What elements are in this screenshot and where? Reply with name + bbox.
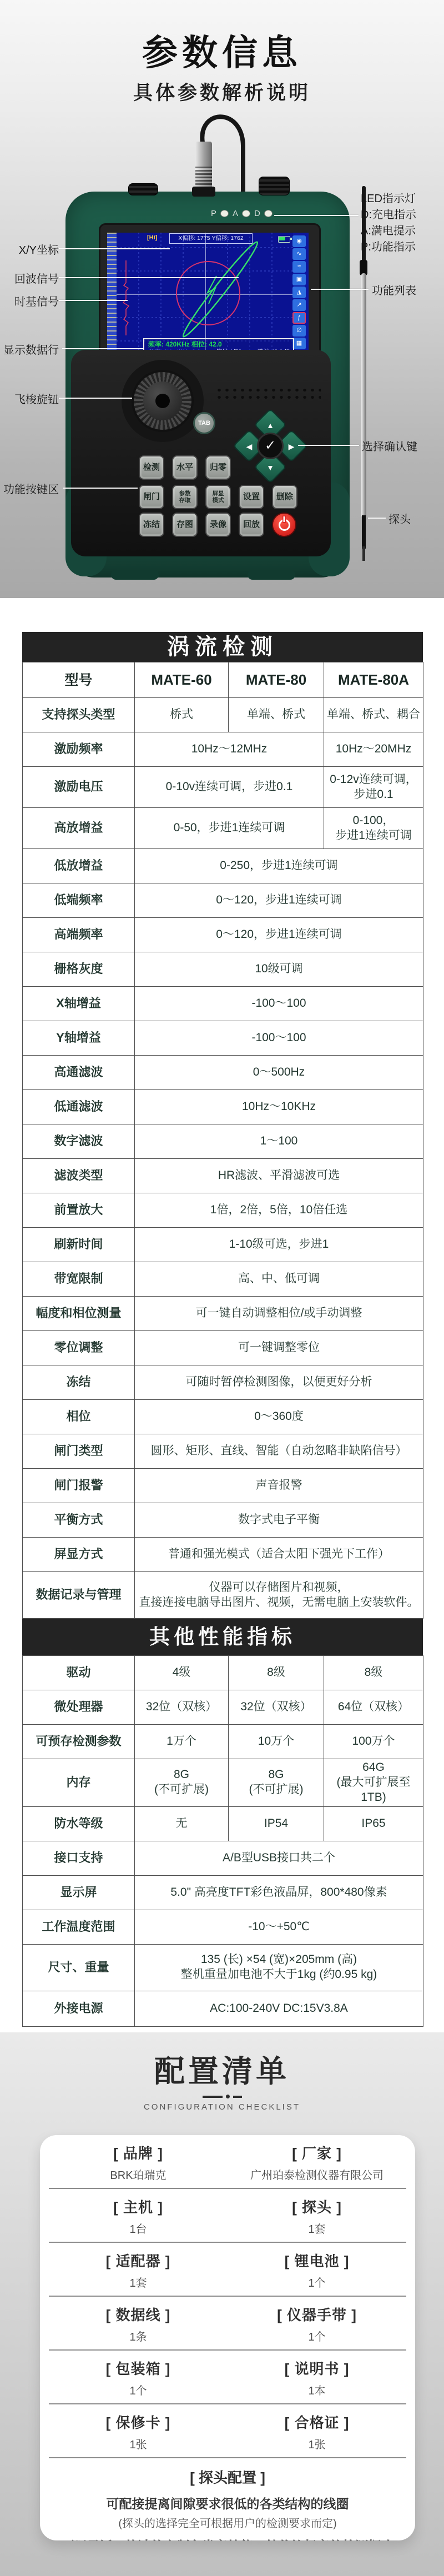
config-item-value: 1张: [49, 2436, 228, 2452]
spec-row: 外接电源AC:100-240V DC:15V3.8A: [23, 1991, 423, 2026]
spec-label: 接口支持: [23, 1841, 135, 1875]
spec-row: 可预存检测参数1万个10万个100万个: [23, 1725, 423, 1759]
spec-row: 冻结可随时暂停检测图像，以便更好分析: [23, 1365, 423, 1400]
device-key: 存图: [172, 513, 198, 537]
spec-row: 型号MATE-60MATE-80MATE-80A: [23, 662, 423, 698]
spec-row: 平衡方式数字式电子平衡: [23, 1503, 423, 1538]
config-item: [ 数据线 ]1条: [49, 2304, 228, 2344]
device-key: 屏显 模式: [205, 485, 231, 509]
device-key: 回放: [239, 513, 264, 537]
arrow-down-icon: ▼: [260, 456, 281, 478]
device-screen: [Hi] X偏移: 1775 Y偏移: 1762 ◉∿≈▣◮↗ƒ∅▦ 频率: 4…: [107, 233, 309, 356]
battery-icon: [278, 236, 290, 243]
spec-row: 低通滤波10Hz～10KHz: [23, 1090, 423, 1124]
arrow-right-icon: ▶: [281, 435, 302, 456]
spec-row: 激励电压0-10v连续可调，步进0.10-12v连续可调，步进0.1: [23, 767, 423, 808]
spec-row: 显示屏5.0" 高亮度TFT彩色液晶屏，800*480像素: [23, 1875, 423, 1910]
spec-value: 0-100，步进1连续可调: [324, 808, 423, 849]
spec-label: Y轴增益: [23, 1021, 135, 1056]
callout-line-datarow: [62, 348, 144, 349]
spec-row: 高端频率0～120，步进1连续可调: [23, 918, 423, 952]
config-row: [ 数据线 ]1条[ 仪器手带 ]1个: [49, 2297, 406, 2351]
callout-line-echo: [59, 277, 239, 278]
spec-value: 0～120，步进1连续可调: [135, 918, 423, 952]
spec-value: 0～500Hz: [135, 1056, 423, 1090]
spec-table-wrap: 涡流检测 型号MATE-60MATE-80MATE-80A支持探头类型桥式单端、…: [22, 632, 423, 2027]
callout-line-timebase: [59, 300, 128, 301]
spec-row: 激励频率10Hz～12MHz10Hz～20MHz: [23, 732, 423, 767]
spec-value: 声音报警: [135, 1469, 423, 1503]
spec-label: 高放增益: [23, 808, 135, 849]
led-label-p: P: [211, 209, 216, 218]
spec-value: 单端、桥式: [229, 698, 324, 732]
config-item: [ 包装箱 ]1个: [49, 2358, 228, 2398]
config-item-label: [ 适配器 ]: [49, 2250, 228, 2271]
config-title: 配置清单: [0, 2047, 444, 2091]
spec-value: 1倍，2倍，5倍，10倍任选: [135, 1193, 423, 1228]
spec-value: AC:100-240V DC:15V3.8A: [135, 1991, 423, 2026]
power-icon: [279, 519, 290, 531]
spec-value: 0-250，步进1连续可调: [135, 849, 423, 883]
callout-line-keys: [63, 488, 138, 489]
screen-menu-icon: ≈: [292, 261, 306, 273]
spec-label: 闸门类型: [23, 1434, 135, 1469]
config-item: [ 主机 ]1台: [49, 2196, 228, 2236]
screen-menu-icon: ◉: [292, 235, 306, 247]
spec-value: 10级可调: [135, 952, 423, 987]
config-item: [ 说明书 ]1本: [228, 2358, 406, 2398]
config-row: [ 主机 ]1台[ 探头 ]1套: [49, 2189, 406, 2243]
keys-row-1: 检测水平归零: [139, 455, 231, 480]
spec-row: 驱动4级8级8级: [23, 1656, 423, 1690]
spec-value: 0-50，步进1连续可调: [135, 808, 324, 849]
spec-table-a: 型号MATE-60MATE-80MATE-80A支持探头类型桥式单端、桥式单端、…: [22, 662, 423, 1619]
callout-line-led: [274, 215, 359, 216]
spec-value: 10Hz～10KHz: [135, 1090, 423, 1124]
callout-line-menu: [311, 289, 369, 290]
callout-knob: 飞梭旋钮: [1, 390, 59, 406]
spec-value: 8G(不可扩展): [229, 1759, 324, 1807]
config-item: [ 品牌 ]BRK珀瑞克: [49, 2142, 228, 2182]
spec-label: 平衡方式: [23, 1503, 135, 1538]
spec-label: 尺寸、重量: [23, 1944, 135, 1991]
spec-value: 数字式电子平衡: [135, 1503, 423, 1538]
spec-row: 刷新时间1-10级可选，步进1: [23, 1228, 423, 1262]
screen-menu-icon: ▦: [292, 338, 306, 349]
probe-rod: [361, 273, 366, 518]
spec-section: 涡流检测 型号MATE-60MATE-80MATE-80A支持探头类型桥式单端、…: [0, 598, 444, 2032]
config-item-label: [ 主机 ]: [49, 2196, 228, 2217]
screen-menu-icon: ◮: [292, 287, 306, 298]
callout-led-4: P:功能指示: [361, 239, 416, 255]
spec-value: HR滤波、平滑滤波可选: [135, 1159, 423, 1193]
spec-row: 高放增益0-50，步进1连续可调0-100，步进1连续可调: [23, 808, 423, 849]
spec-label: 相位: [23, 1400, 135, 1434]
callout-led-1: LED指示灯: [361, 191, 416, 207]
probe-plug-knurl: [195, 167, 212, 189]
config-item-label: [ 合格证 ]: [228, 2412, 406, 2432]
config-section: 配置清单 CONFIGURATION CHECKLIST [ 品牌 ]BRK珀瑞…: [0, 2032, 444, 2576]
spec-value: 1-10级可选，步进1: [135, 1228, 423, 1262]
spec-value: 10万个: [229, 1725, 324, 1759]
spec-label: 刷新时间: [23, 1228, 135, 1262]
device-key: 归零: [205, 455, 231, 480]
config-subtitle: CONFIGURATION CHECKLIST: [0, 2102, 444, 2112]
spec-row: 内存8G(不可扩展)8G(不可扩展)64G(最大可扩展至1TB): [23, 1759, 423, 1807]
spec-row: Y轴增益-100～100: [23, 1021, 423, 1056]
spec-value: 桥式: [135, 698, 229, 732]
spec-value: 单端、桥式、耦合: [324, 698, 423, 732]
spec-value: 可随时暂停检测图像，以便更好分析: [135, 1365, 423, 1400]
spec-row: 屏显方式普通和强光模式（适合太阳下强光下工作）: [23, 1538, 423, 1572]
probe-config-line2: (探头的选择完全可根据用户的检测要求而定): [49, 2514, 406, 2530]
spec-value: 10Hz～12MHz: [135, 732, 324, 767]
spec-value: MATE-80: [229, 662, 324, 698]
spec-label: 激励频率: [23, 732, 135, 767]
spec-label: 数据记录与管理: [23, 1572, 135, 1619]
spec-value: 圆形、矩形、直线、智能（自动忽略非缺陷信号）: [135, 1434, 423, 1469]
screen-left-scale: [107, 233, 117, 356]
spec-value: 1万个: [135, 1725, 229, 1759]
spec-value: 32位（双核）: [229, 1690, 324, 1725]
spec-row: 工作温度范围-10～+50℃: [23, 1910, 423, 1944]
connector-cable: [0, 100, 444, 200]
config-item: [ 合格证 ]1张: [228, 2412, 406, 2452]
config-item: [ 探头 ]1套: [228, 2196, 406, 2236]
callout-probe: 探头: [389, 510, 411, 526]
spec-label: 前置放大: [23, 1193, 135, 1228]
spec-row: 微处理器32位（双核）32位（双核）64位（双核）: [23, 1690, 423, 1725]
config-item-label: [ 说明书 ]: [228, 2358, 406, 2378]
page-title: 参数信息: [0, 24, 444, 76]
led-p: [220, 210, 229, 217]
callout-confirm: 选择确认键: [362, 438, 417, 454]
power-key: [272, 513, 296, 537]
callout-led-block: LED指示灯 D:充电指示 A:满电提示 P:功能指示: [361, 191, 416, 255]
spec-row: 闸门类型圆形、矩形、直线、智能（自动忽略非缺陷信号）: [23, 1434, 423, 1469]
spec-label: 微处理器: [23, 1690, 135, 1725]
config-item: [ 适配器 ]1套: [49, 2250, 228, 2290]
spec-label: 闸门报警: [23, 1469, 135, 1503]
config-item-label: [ 保修卡 ]: [49, 2412, 228, 2432]
callout-datarow: 显示数据行: [1, 341, 59, 357]
spec-label: 幅度和相位测量: [23, 1297, 135, 1331]
spec-value: 0-10v连续可调，步进0.1: [135, 767, 324, 808]
spec-row: 相位0～360度: [23, 1400, 423, 1434]
config-item-label: [ 厂家 ]: [228, 2142, 406, 2163]
device-foot-right: [248, 570, 295, 580]
spec-value: 可一键调整零位: [135, 1331, 423, 1365]
spec-row: 数字滤波1～100: [23, 1124, 423, 1159]
spec-value: 64G(最大可扩展至1TB): [324, 1759, 423, 1807]
screen-menu-icon: ƒ: [292, 312, 306, 324]
config-item-value: BRK珀瑞克: [49, 2166, 228, 2182]
config-item-list: [ 品牌 ]BRK珀瑞克[ 厂家 ]广州珀泰检测仪器有限公司[ 主机 ]1台[ …: [40, 2135, 415, 2458]
spec-label: 型号: [23, 662, 135, 698]
device-key: 检测: [139, 455, 164, 480]
spec-row: 低放增益0-250，步进1连续可调: [23, 849, 423, 883]
spec-label: X轴增益: [23, 987, 135, 1021]
spec-row: 数据记录与管理仪器可以存储图片和视频，直接连接电脑导出图片、视频，无需电脑上安装…: [23, 1572, 423, 1619]
spec-section2-title: 其他性能指标: [22, 1619, 423, 1655]
callout-timebase: 时基信号: [1, 293, 59, 309]
spec-value: MATE-80A: [324, 662, 423, 698]
spec-label: 低通滤波: [23, 1090, 135, 1124]
config-item-label: [ 锂电池 ]: [228, 2250, 406, 2271]
spec-row: X轴增益-100～100: [23, 987, 423, 1021]
keys-row-2: 闸门参数 存取屏显 模式设置删除: [139, 485, 297, 509]
config-item: [ 厂家 ]广州珀泰检测仪器有限公司: [228, 2142, 406, 2182]
config-row: [ 适配器 ]1套[ 锂电池 ]1个: [49, 2243, 406, 2297]
probe-config-line1: 可配接提离间隙要求很低的各类结构的线圈: [49, 2494, 406, 2512]
spec-row: 防水等级无IP54IP65: [23, 1806, 423, 1841]
spec-label: 零位调整: [23, 1331, 135, 1365]
spec-value: 8级: [229, 1656, 324, 1690]
config-item-value: 1个: [49, 2382, 228, 2398]
spec-label: 带宽限制: [23, 1262, 135, 1297]
spec-value: 135 (长) ×54 (宽)×205mm (高)整机重量加电池不大于1kg (…: [135, 1944, 423, 1991]
screen-offset-readout: X偏移: 1775 Y偏移: 1762: [169, 233, 253, 244]
spec-label: 高端频率: [23, 918, 135, 952]
config-item-label: [ 数据线 ]: [49, 2304, 228, 2324]
config-item-value: 1张: [228, 2436, 406, 2452]
spec-label: 内存: [23, 1759, 135, 1807]
config-item-value: 广州珀泰检测仪器有限公司: [228, 2166, 406, 2182]
led-label-a: A: [233, 209, 238, 218]
led-label-d: D: [254, 209, 260, 218]
callout-line-confirm: [298, 445, 359, 446]
spec-value: 4级: [135, 1656, 229, 1690]
screen-menu-icon: ∿: [292, 248, 306, 260]
screen-menu-icon: ∅: [292, 325, 306, 337]
connector-cap-right: [259, 177, 290, 195]
spec-value: IP65: [324, 1806, 423, 1841]
probe-tip: [362, 515, 366, 549]
spec-value: 仪器可以存储图片和视频，直接连接电脑导出图片、视频，无需电脑上安装软件。: [135, 1572, 423, 1619]
device-foot-left: [111, 570, 159, 580]
spec-value: IP54: [229, 1806, 324, 1841]
callout-menu: 功能列表: [372, 282, 416, 298]
config-divider: [0, 2095, 444, 2098]
config-item-value: 1套: [49, 2274, 228, 2290]
spec-value: 8G(不可扩展): [135, 1759, 229, 1807]
config-item: [ 仪器手带 ]1个: [228, 2304, 406, 2344]
spec-value: A/B型USB接口共二个: [135, 1841, 423, 1875]
device-key: 参数 存取: [172, 485, 198, 509]
config-row: [ 保修卡 ]1张[ 合格证 ]1张: [49, 2404, 406, 2458]
screen-menu-icon: ▣: [292, 274, 306, 285]
spec-value: 100万个: [324, 1725, 423, 1759]
confirm-key: ✓: [257, 433, 284, 459]
device-key: 水平: [172, 455, 198, 480]
screen-menu-icon: ↗: [292, 299, 306, 311]
product-detail-page: 参数信息 具体参数解析说明 P A D: [0, 0, 444, 2576]
spec-label: 低端频率: [23, 883, 135, 918]
spec-row: 幅度和相位测量可一键自动调整相位/或手动调整: [23, 1297, 423, 1331]
spec-value: -100～100: [135, 987, 423, 1021]
config-item: [ 锂电池 ]1个: [228, 2250, 406, 2290]
spec-label: 激励电压: [23, 767, 135, 808]
callout-echo: 回波信号: [1, 270, 59, 286]
spec-label: 支持探头类型: [23, 698, 135, 732]
spec-label: 数字滤波: [23, 1124, 135, 1159]
callout-line-probe: [368, 518, 386, 519]
spec-table-title: 涡流检测: [22, 632, 423, 662]
spec-label: 可预存检测参数: [23, 1725, 135, 1759]
callout-led-3: A:满电提示: [361, 223, 416, 239]
config-item-value: 1条: [49, 2328, 228, 2344]
connector-cap-left: [128, 183, 158, 195]
config-item-value: 1套: [228, 2220, 406, 2236]
spec-row: 闸门报警声音报警: [23, 1469, 423, 1503]
spec-value: 0-12v连续可调，步进0.1: [324, 767, 423, 808]
device-key: 设置: [239, 485, 264, 509]
spec-row: 低端频率0～120，步进1连续可调: [23, 883, 423, 918]
spec-value: 10Hz～20MHz: [324, 732, 423, 767]
spec-label: 高通滤波: [23, 1056, 135, 1090]
spec-row: 前置放大1倍，2倍，5倍，10倍任选: [23, 1193, 423, 1228]
spec-value: 1～100: [135, 1124, 423, 1159]
speaker-grill: [215, 386, 321, 401]
spec-value: MATE-60: [135, 662, 229, 698]
jog-knob-hole: [155, 394, 170, 408]
probe-config-title: [ 探头配置 ]: [49, 2467, 406, 2487]
screen-menu-icons: ◉∿≈▣◮↗ƒ∅▦: [292, 235, 307, 349]
led-d: [264, 210, 273, 217]
spec-value: 32位（双核）: [135, 1690, 229, 1725]
spec-value: 5.0" 高亮度TFT彩色液晶屏，800*480像素: [135, 1875, 423, 1910]
spec-value: 高、中、低可调: [135, 1262, 423, 1297]
spec-row: 接口支持A/B型USB接口共二个: [23, 1841, 423, 1875]
keys-row-3: 冻结存图录像回放: [139, 513, 296, 537]
spec-row: 高通滤波0～500Hz: [23, 1056, 423, 1090]
spec-row: 栅格灰度10级可调: [23, 952, 423, 987]
config-item-value: 1个: [228, 2328, 406, 2344]
spec-label: 驱动: [23, 1656, 135, 1690]
config-item-value: 1个: [228, 2274, 406, 2290]
spec-row: 尺寸、重量135 (长) ×54 (宽)×205mm (高)整机重量加电池不大于…: [23, 1944, 423, 1991]
spec-value: 可一键自动调整相位/或手动调整: [135, 1297, 423, 1331]
spec-label: 滤波类型: [23, 1159, 135, 1193]
spec-label: 防水等级: [23, 1806, 135, 1841]
config-item: [ 保修卡 ]1张: [49, 2412, 228, 2452]
spec-value: 0～120，步进1连续可调: [135, 883, 423, 918]
spec-value: -100～100: [135, 1021, 423, 1056]
spec-row: 滤波类型HR滤波、平滑滤波可选: [23, 1159, 423, 1193]
spec-value: 64位（双核）: [324, 1690, 423, 1725]
device-key: 闸门: [139, 485, 164, 509]
spec-label: 栅格灰度: [23, 952, 135, 987]
spec-label: 外接电源: [23, 1991, 135, 2026]
probe-end: [362, 546, 365, 561]
spec-label: 冻结: [23, 1365, 135, 1400]
device-key: 删除: [272, 485, 297, 509]
callout-line-knob: [59, 398, 132, 399]
parameter-info-section: 参数信息 具体参数解析说明 P A D: [0, 0, 444, 598]
spec-label: 工作温度范围: [23, 1910, 135, 1944]
config-item-value: 1台: [49, 2220, 228, 2236]
led-indicator-row: P A D: [211, 209, 273, 218]
screen-mode-tag: [Hi]: [147, 234, 157, 241]
spec-row: 支持探头类型桥式单端、桥式单端、桥式、耦合: [23, 698, 423, 732]
spec-row: 带宽限制高、中、低可调: [23, 1262, 423, 1297]
spec-label: 屏显方式: [23, 1538, 135, 1572]
config-row: [ 包装箱 ]1个[ 说明书 ]1本: [49, 2351, 406, 2404]
spec-label: 显示屏: [23, 1875, 135, 1910]
config-card: [ 品牌 ]BRK珀瑞克[ 厂家 ]广州珀泰检测仪器有限公司[ 主机 ]1台[ …: [40, 2135, 415, 2540]
led-a: [242, 210, 250, 217]
config-item-label: [ 包装箱 ]: [49, 2358, 228, 2378]
config-item-value: 1本: [228, 2382, 406, 2398]
spec-value: 无: [135, 1806, 229, 1841]
spec-row: 零位调整可一键调整零位: [23, 1331, 423, 1365]
callout-line-xy: [59, 248, 170, 249]
spec-value: -10～+50℃: [135, 1910, 423, 1944]
device-key: 录像: [205, 513, 231, 537]
config-item-label: [ 仪器手带 ]: [228, 2304, 406, 2324]
config-item-label: [ 品牌 ]: [49, 2142, 228, 2163]
tab-key: TAB: [193, 412, 215, 434]
config-row: [ 品牌 ]BRK珀瑞克[ 厂家 ]广州珀泰检测仪器有限公司: [49, 2135, 406, 2189]
device-key: 冻结: [139, 513, 164, 537]
probe-config-block: [ 探头配置 ] 可配接提离间隙要求很低的各类结构的线圈 (探头的选择完全可根据…: [49, 2458, 406, 2540]
probe-config-line3: 可以灵活、快速的定制各类高性能、性价比极高的检测探头: [49, 2536, 406, 2540]
callout-led-2: D:充电指示: [361, 207, 416, 223]
spec-value: 0～360度: [135, 1400, 423, 1434]
spec-value: 8级: [324, 1656, 423, 1690]
spec-label: 低放增益: [23, 849, 135, 883]
probe-plug-base: [192, 187, 215, 197]
config-item-label: [ 探头 ]: [228, 2196, 406, 2217]
callout-keys: 功能按键区: [1, 480, 59, 496]
spec-table-b: 驱动4级8级8级微处理器32位（双核）32位（双核）64位（双核）可预存检测参数…: [22, 1655, 423, 2027]
spec-value: 普通和强光模式（适合太阳下强光下工作）: [135, 1538, 423, 1572]
callout-xy: X/Y坐标: [1, 241, 59, 257]
